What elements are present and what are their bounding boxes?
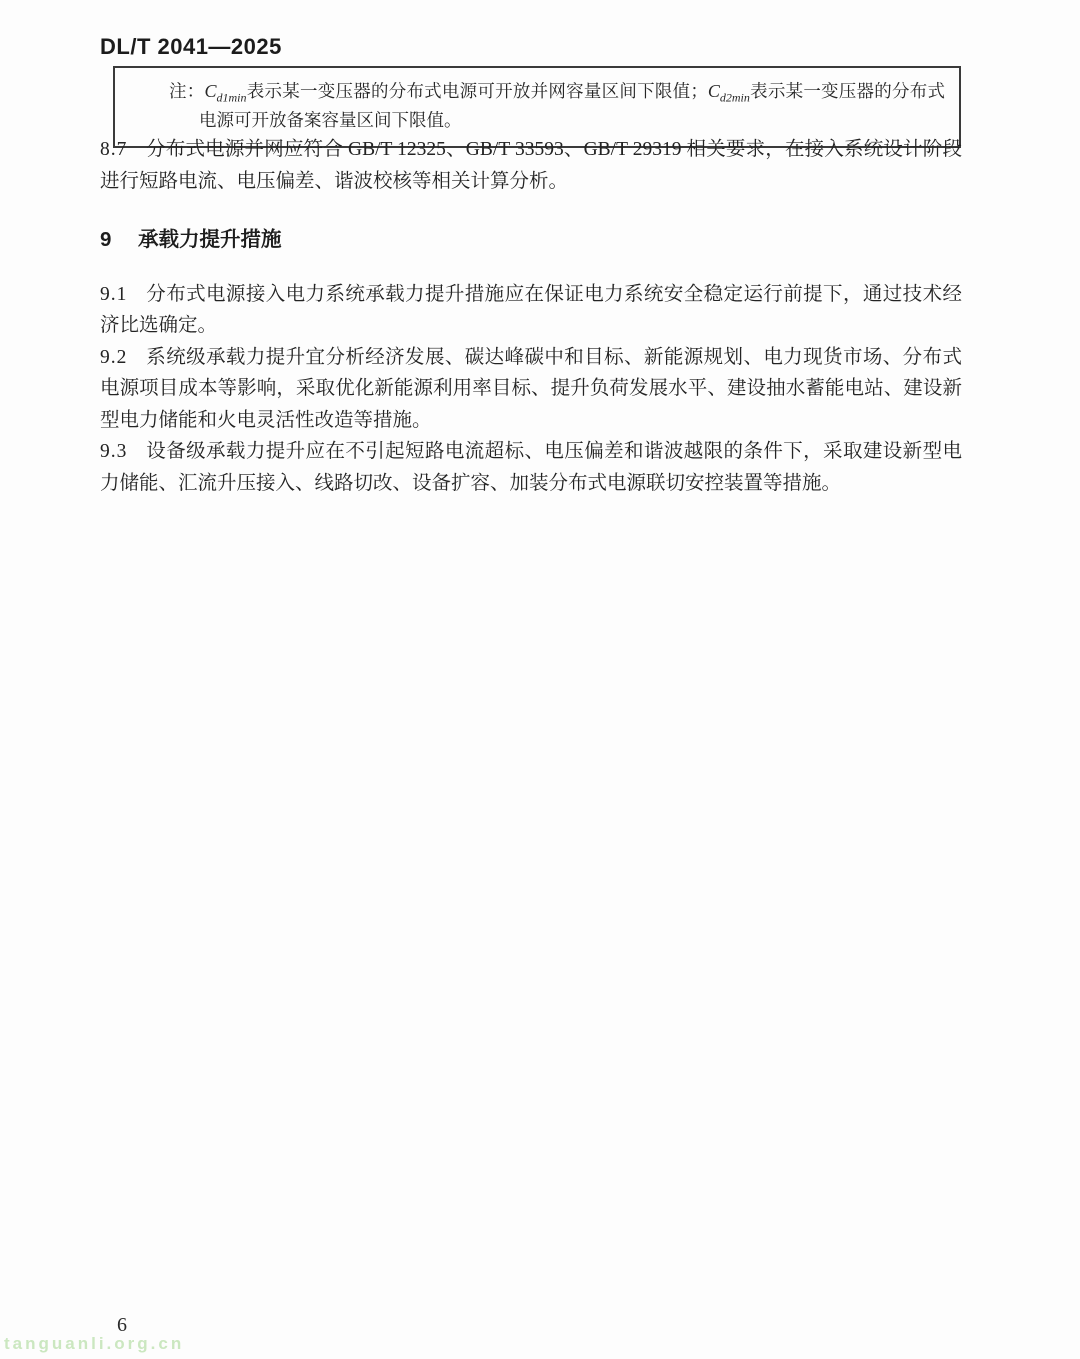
document-page: DL/T 2041—2025 注：Cd1min表示某一变压器的分布式电源可开放并… xyxy=(0,0,1080,1359)
clause-text: 分布式电源接入电力系统承载力提升措施应在保证电力系统安全稳定运行前提下，通过技术… xyxy=(100,284,962,337)
clause-number: 9.2 xyxy=(100,347,127,368)
section-number: 9 xyxy=(100,228,111,251)
clause-number: 8.7 xyxy=(100,139,127,160)
note-segment-1: 表示某一变压器的分布式电源可开放并网容量区间下限值； xyxy=(247,81,708,101)
clause-number: 9.1 xyxy=(100,284,127,305)
clause-text: 分布式电源并网应符合 GB/T 12325、GB/T 33593、GB/T 29… xyxy=(100,139,962,192)
section-title: 承载力提升措施 xyxy=(138,228,282,251)
formula-subscript-cd1min: d1min xyxy=(217,91,247,105)
note-text: 注：Cd1min表示某一变压器的分布式电源可开放并网容量区间下限值；Cd2min… xyxy=(129,77,945,135)
formula-subscript-cd2min: d2min xyxy=(720,91,750,105)
site-watermark: tanguanli.org.cn xyxy=(4,1334,184,1354)
clause-9-2: 9.2系统级承载力提升宜分析经济发展、碳达峰碳中和目标、新能源规划、电力现货市场… xyxy=(100,342,962,437)
formula-symbol-cd2min: C xyxy=(708,81,720,101)
formula-symbol-cd1min: C xyxy=(205,81,217,101)
section-9-heading: 9承载力提升措施 xyxy=(100,224,962,256)
clause-9-1: 9.1分布式电源接入电力系统承载力提升措施应在保证电力系统安全稳定运行前提下，通… xyxy=(100,279,962,342)
note-label: 注： xyxy=(169,81,205,101)
clause-8-7: 8.7分布式电源并网应符合 GB/T 12325、GB/T 33593、GB/T… xyxy=(100,134,962,197)
standard-number-header: DL/T 2041—2025 xyxy=(100,34,282,60)
document-body: 8.7分布式电源并网应符合 GB/T 12325、GB/T 33593、GB/T… xyxy=(100,134,962,499)
clause-text: 设备级承载力提升应在不引起短路电流超标、电压偏差和谐波越限的条件下，采取建设新型… xyxy=(100,441,962,494)
clause-9-3: 9.3设备级承载力提升应在不引起短路电流超标、电压偏差和谐波越限的条件下，采取建… xyxy=(100,436,962,499)
clause-number: 9.3 xyxy=(100,441,127,462)
clause-text: 系统级承载力提升宜分析经济发展、碳达峰碳中和目标、新能源规划、电力现货市场、分布… xyxy=(100,347,962,431)
